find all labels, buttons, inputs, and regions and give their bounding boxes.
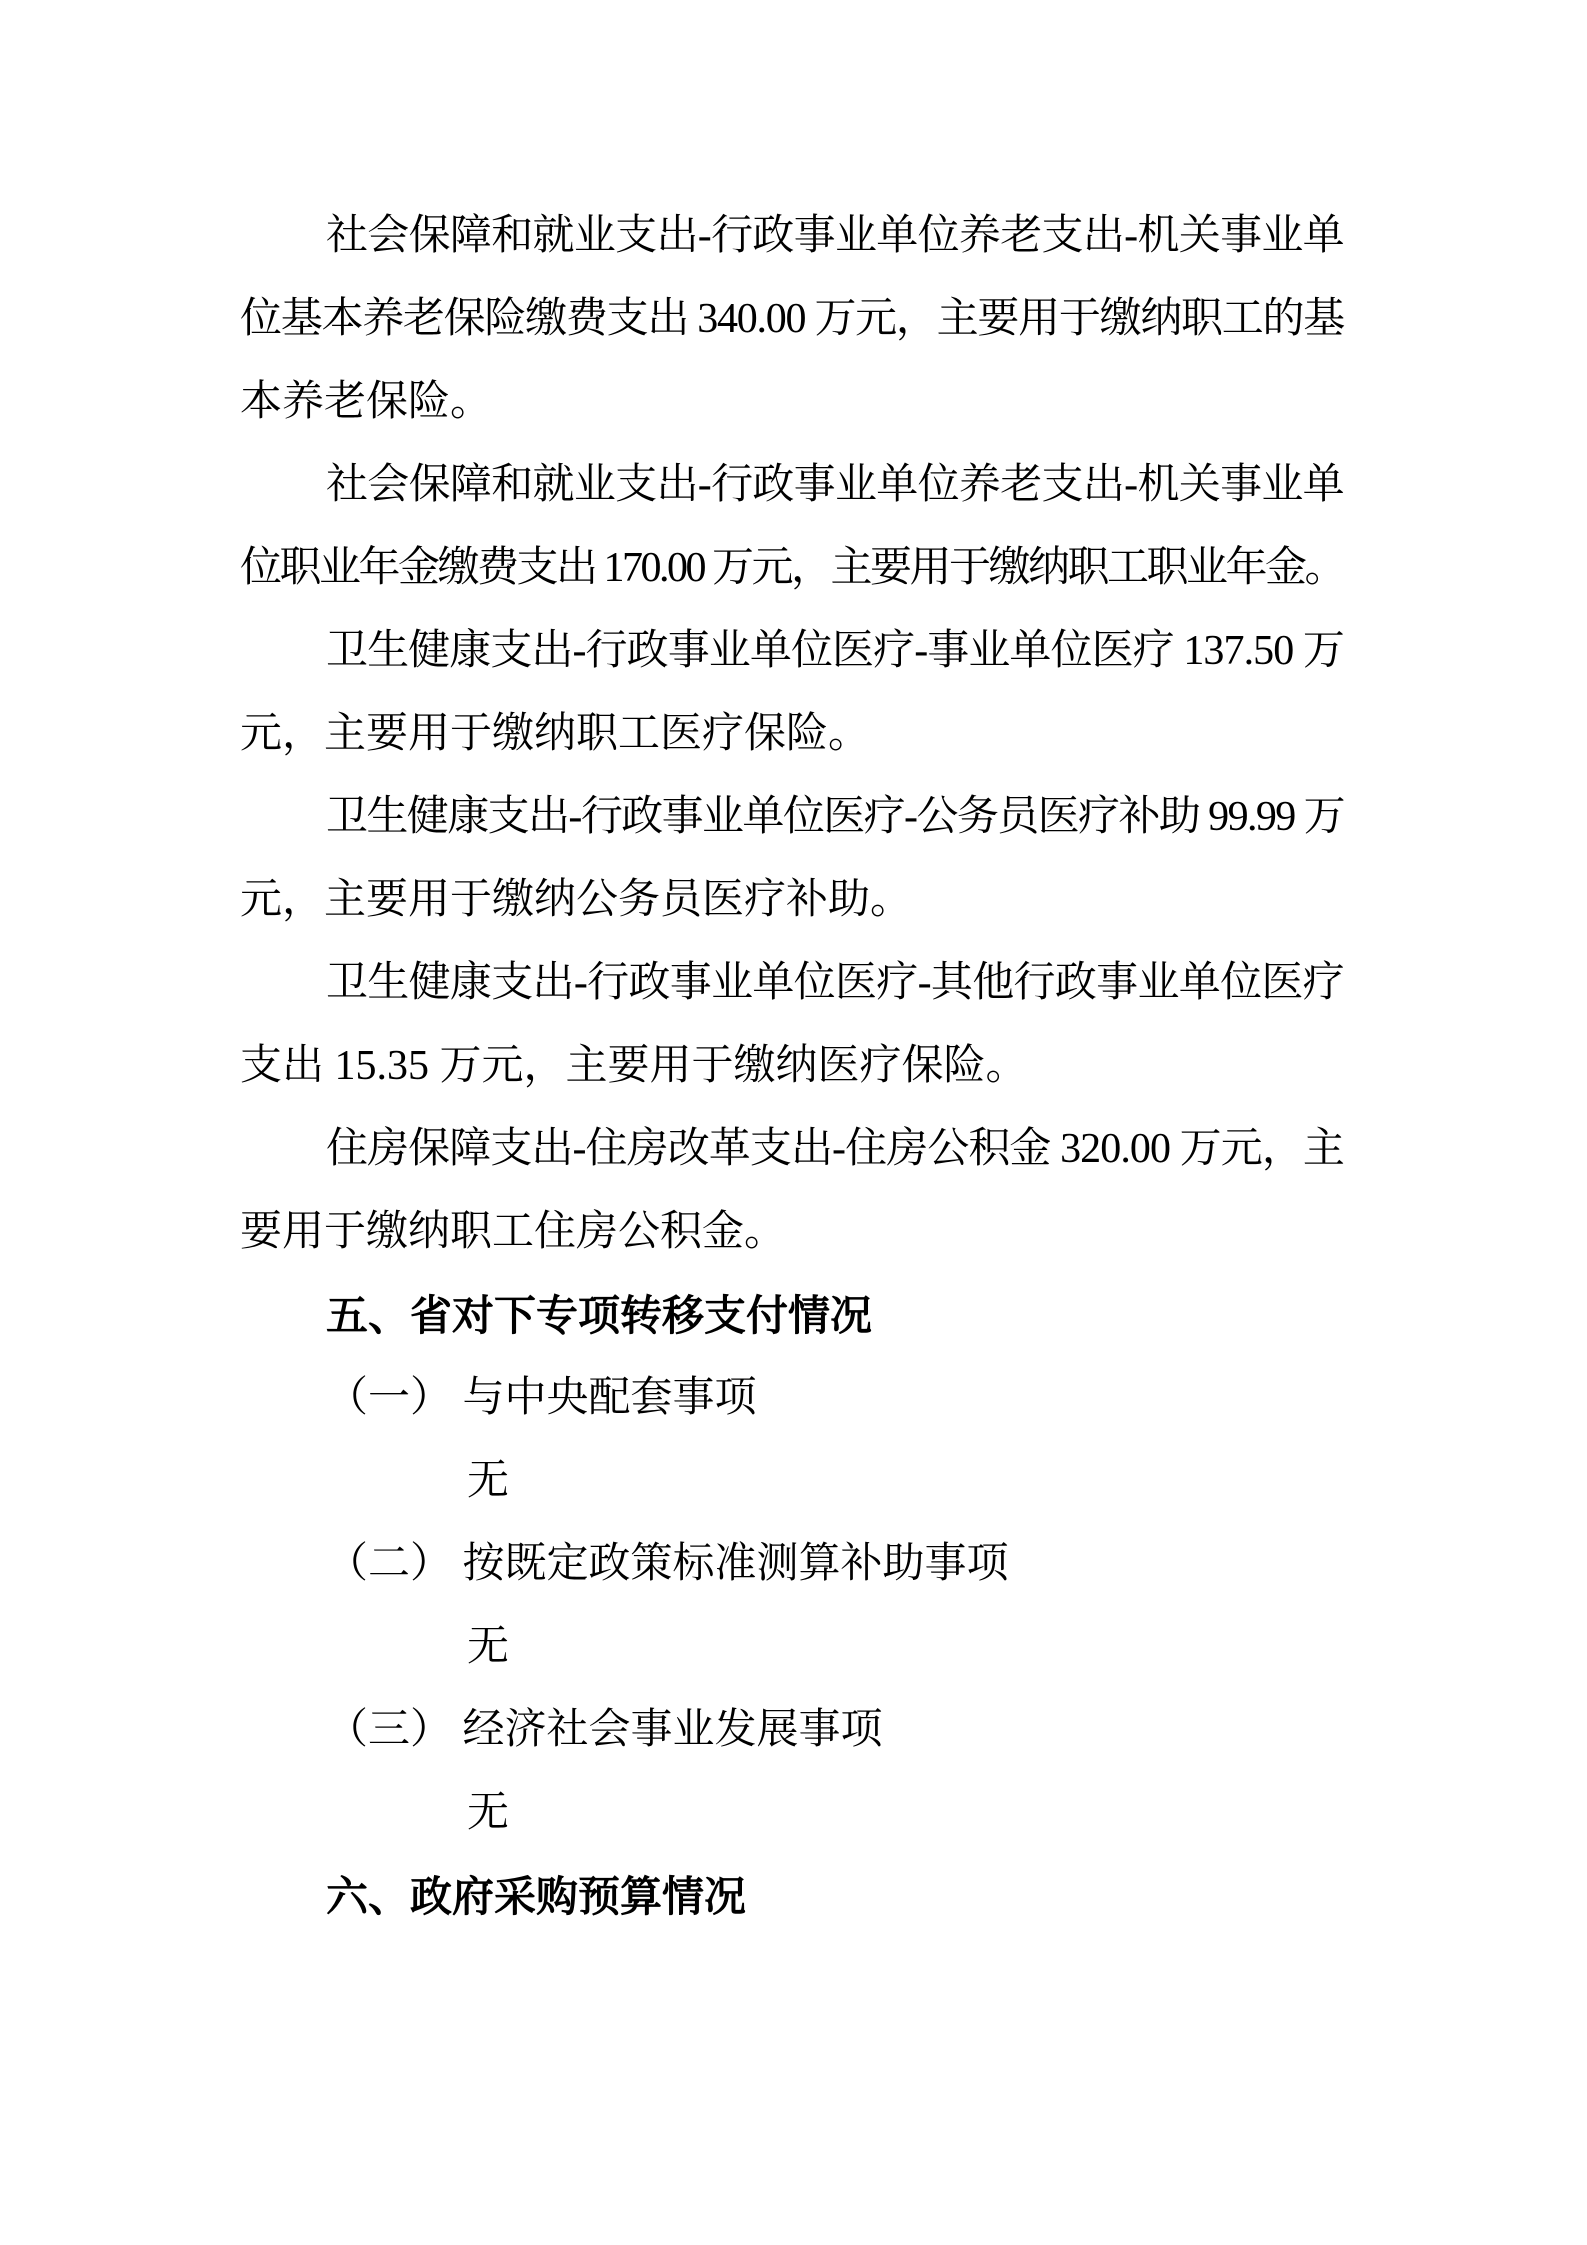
document-body: 社会保障和就业支出-行政事业单位养老支出-机关事业单 位基本养老保险缴费支出 3… xyxy=(240,195,1344,1938)
body-line: 位职业年金缴费支出 170.00 万元，主要用于缴纳职工职业年金。 xyxy=(240,527,1344,610)
body-line: 位基本养老保险缴费支出 340.00 万元，主要用于缴纳职工的基 xyxy=(240,278,1344,361)
list-item-3: （三） 经济社会事业发展事项 xyxy=(240,1689,1344,1772)
list-item-1: （一） 与中央配套事项 xyxy=(240,1357,1344,1440)
body-line: 社会保障和就业支出-行政事业单位养老支出-机关事业单 xyxy=(240,444,1344,527)
body-line: 要用于缴纳职工住房公积金。 xyxy=(240,1191,1344,1274)
section-heading-6: 六、政府采购预算情况 xyxy=(240,1855,1344,1938)
body-line: 元，主要用于缴纳公务员医疗补助。 xyxy=(240,859,1344,942)
list-item-2: （二） 按既定政策标准测算补助事项 xyxy=(240,1523,1344,1606)
document-page: 社会保障和就业支出-行政事业单位养老支出-机关事业单 位基本养老保险缴费支出 3… xyxy=(0,0,1587,2245)
body-line: 卫生健康支出-行政事业单位医疗-公务员医疗补助 99.99 万 xyxy=(240,776,1344,859)
section-heading-5: 五、省对下专项转移支付情况 xyxy=(240,1274,1344,1357)
body-line: 住房保障支出-住房改革支出-住房公积金 320.00 万元，主 xyxy=(240,1108,1344,1191)
body-line: 社会保障和就业支出-行政事业单位养老支出-机关事业单 xyxy=(240,195,1344,278)
body-line: 卫生健康支出-行政事业单位医疗-其他行政事业单位医疗 xyxy=(240,942,1344,1025)
body-line: 卫生健康支出-行政事业单位医疗-事业单位医疗 137.50 万 xyxy=(240,610,1344,693)
none-value: 无 xyxy=(240,1606,1344,1689)
body-line: 本养老保险。 xyxy=(240,361,1344,444)
none-value: 无 xyxy=(240,1772,1344,1855)
none-value: 无 xyxy=(240,1440,1344,1523)
body-line: 支出 15.35 万元，主要用于缴纳医疗保险。 xyxy=(240,1025,1344,1108)
body-line: 元，主要用于缴纳职工医疗保险。 xyxy=(240,693,1344,776)
